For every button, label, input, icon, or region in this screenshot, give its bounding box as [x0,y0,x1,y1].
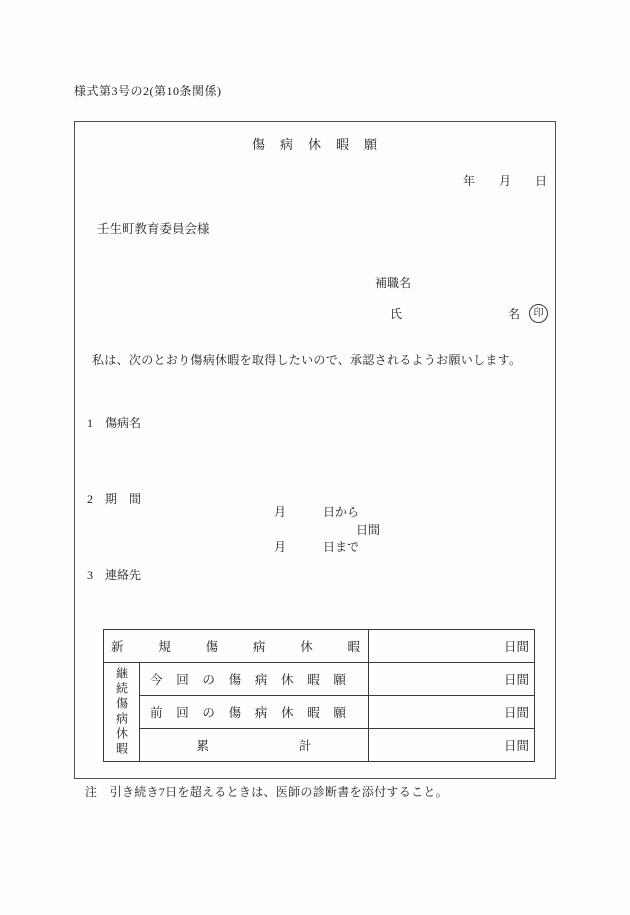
new-leave-days-cell: 日間 [369,630,535,663]
date-line: 年 月 日 [463,172,547,189]
addressee: 壬生町教育委員会様 [97,219,210,237]
continuation-label-cell: 継続傷病休暇 [104,663,140,762]
previous-request-label-cell: 前回の傷病休暇願 [140,696,369,729]
total-days-cell: 日間 [369,729,535,762]
total-label: 累計 [140,736,368,754]
period-duration-label: 日間 [356,521,380,538]
leave-summary-table: 新規傷病休暇 日間 継続傷病休暇 今回の傷病休暇願 日間 前回の傷病休暇願 [103,629,535,762]
section-1-injury-name: 1 傷病名 [87,414,141,431]
table-row-total: 累計 日間 [104,729,535,762]
form-title: 傷 病 休 暇 願 [75,134,555,153]
new-leave-label: 新規傷病休暇 [104,637,368,655]
previous-request-days-cell: 日間 [369,696,535,729]
document-page: 様式第3号の2(第10条関係) 傷 病 休 暇 願 年 月 日 壬生町教育委員会… [0,0,630,915]
table-row-current-request: 継続傷病休暇 今回の傷病休暇願 日間 [104,663,535,696]
footnote: 注 引き続き7日を超えるときは、医師の診断書を添付すること。 [85,783,448,800]
period-day-from-label: 日から [323,503,359,520]
table-row-new-leave: 新規傷病休暇 日間 [104,630,535,663]
total-label-cell: 累計 [140,729,369,762]
current-request-label-cell: 今回の傷病休暇願 [140,663,369,696]
position-title-label: 補職名 [375,274,411,291]
new-leave-label-cell: 新規傷病休暇 [104,630,369,663]
table-row-previous-request: 前回の傷病休暇願 日間 [104,696,535,729]
name-label-mei: 名 [508,305,520,322]
period-month-to-label: 月 [274,538,286,555]
section-2-period: 2 期 間 [87,490,141,507]
previous-request-label: 前回の傷病休暇願 [140,703,368,721]
form-number: 様式第3号の2(第10条関係) [74,82,222,99]
name-line: 氏 名 印 [390,304,548,323]
section-3-contact: 3 連絡先 [87,566,141,583]
name-label-sei: 氏 [390,305,402,322]
period-month-from-label: 月 [274,503,286,520]
period-day-to-label: 日まで [323,538,359,555]
request-sentence: 私は、次のとおり傷病休暇を取得したいので、承認されるようお願いします。 [92,351,521,368]
current-request-label: 今回の傷病休暇願 [140,670,368,688]
seal-stamp-icon: 印 [529,304,548,323]
current-request-days-cell: 日間 [369,663,535,696]
form-frame: 傷 病 休 暇 願 年 月 日 壬生町教育委員会様 補職名 氏 名 印 私は、次… [74,121,556,779]
continuation-label: 継続傷病休暇 [116,667,128,757]
